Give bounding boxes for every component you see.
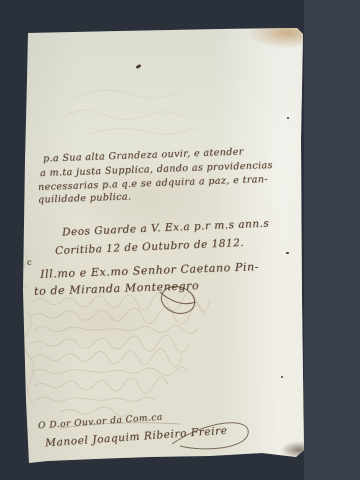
addressee-line: to de Miranda Montenegro (34, 279, 200, 298)
valediction-line: Deos Guarde a V. Ex.a p.r m.s ann.s (62, 217, 270, 238)
margin-letter-mark: c (27, 258, 31, 267)
paper-speck (286, 252, 289, 254)
backdrop-light-band (304, 0, 360, 480)
photo-backdrop: p.a Sua alta Grandeza ouvir, e atender a… (0, 0, 360, 480)
body-line: quilidade publica. (38, 191, 132, 205)
addressee-line: Ill.mo e Ex.mo Senhor Caetano Pin- (40, 260, 259, 281)
paper-speck (281, 376, 283, 378)
paper-speck (136, 64, 142, 69)
signature-office-line: O D.or Ouv.or da Com.ca (38, 413, 163, 432)
paper-speck (287, 117, 289, 119)
dateline: Coritiba 12 de Outubro de 1812. (55, 237, 245, 257)
